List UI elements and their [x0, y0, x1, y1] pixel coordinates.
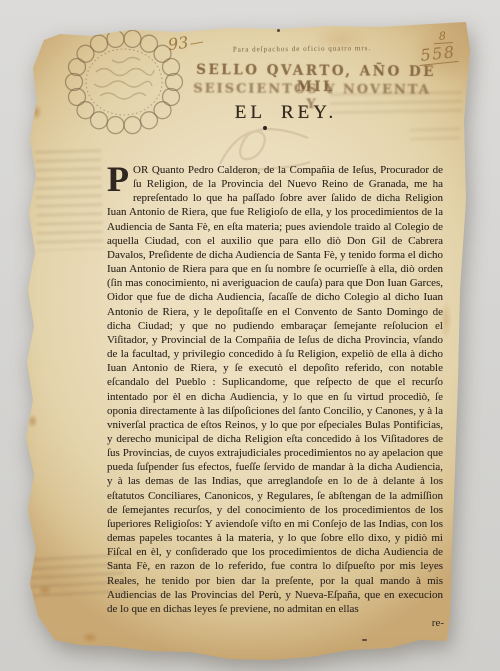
decree-body: POR Quanto Pedro Calderon, de la Compañi…	[107, 163, 443, 616]
foxing-spot	[27, 414, 38, 428]
foxing-spot	[440, 300, 452, 340]
decree-body-text: OR Quanto Pedro Calderon, de la Compañia…	[107, 164, 443, 615]
corner-stain	[408, 24, 480, 84]
foxing-spot	[38, 584, 52, 596]
foxing-spot	[30, 104, 42, 120]
top-stain	[312, 26, 370, 52]
foxing-spot	[26, 248, 36, 260]
ink-fleck	[277, 29, 280, 32]
ink-fleck	[362, 639, 367, 641]
bleed-through-text	[35, 149, 104, 251]
photograph-background: Para deſpachos de oficio quatro mrs. SEL…	[0, 0, 500, 671]
bleed-through-text	[410, 127, 460, 144]
drop-cap: P	[107, 163, 133, 192]
document-title: EL REY.	[196, 102, 376, 124]
ink-fleck	[263, 126, 267, 130]
document-paper: Para deſpachos de oficio quatro mrs. SEL…	[0, 0, 500, 671]
catchword: re-	[396, 617, 444, 629]
paper-shadow: Para deſpachos de oficio quatro mrs. SEL…	[0, 0, 500, 671]
foxing-spot	[82, 632, 98, 643]
